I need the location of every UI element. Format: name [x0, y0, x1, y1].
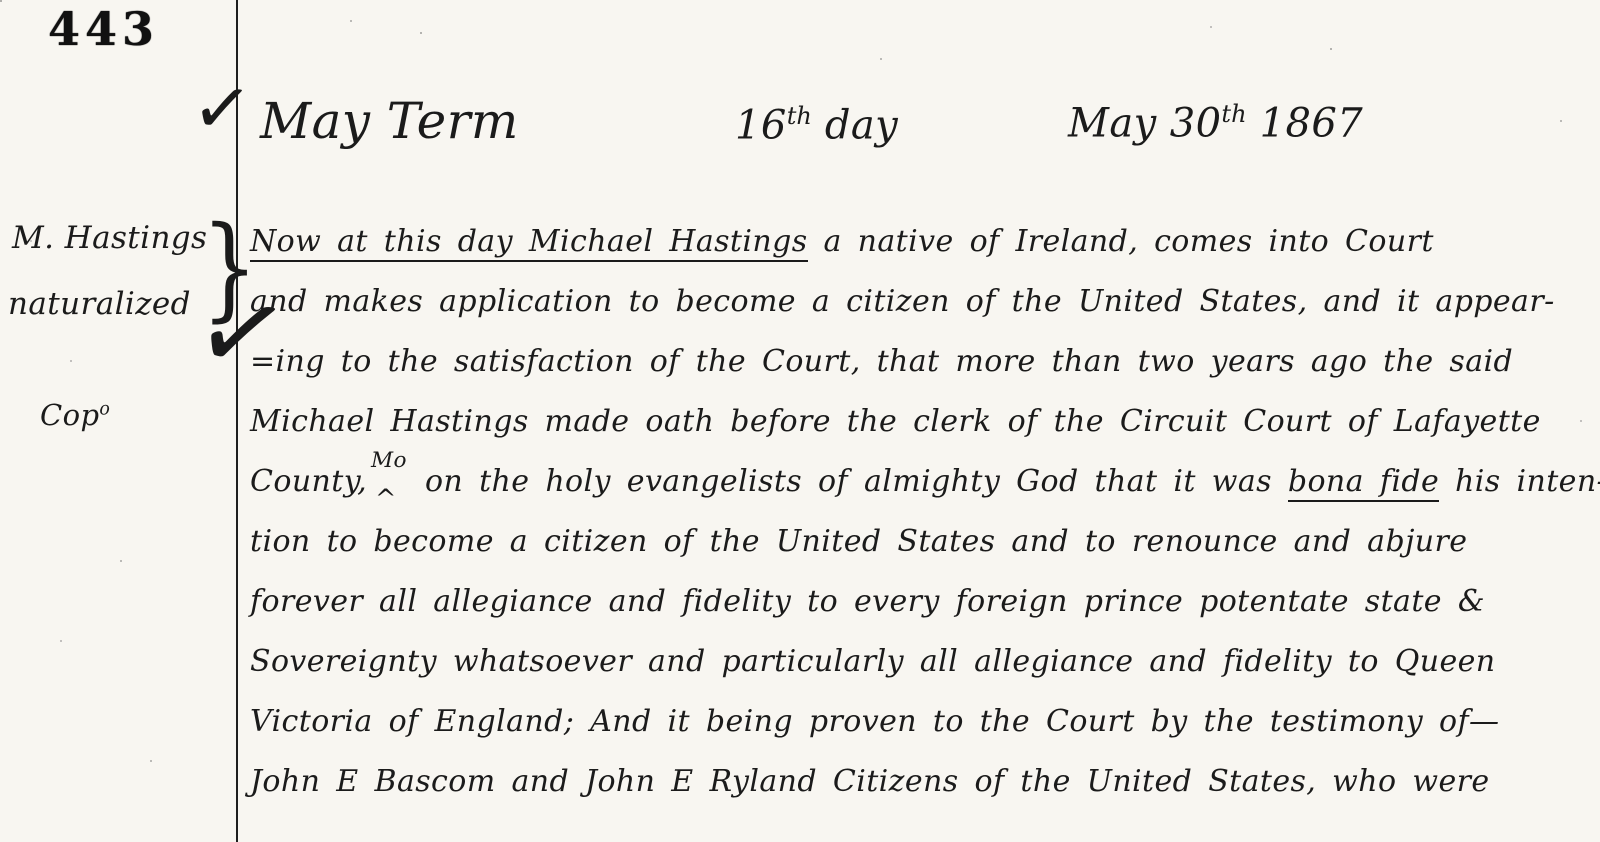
margin-case-name: M. Hastings [12, 220, 207, 256]
body-line: Sovereignty whatsoever and particularly … [250, 632, 1596, 692]
term-date-label: May 30th 1867 [1068, 100, 1363, 146]
body-text: Now at this day Michael Hastings a nativ… [250, 212, 1596, 812]
body-line: Michael Hastings made oath before the cl… [250, 392, 1596, 452]
check-icon: ✓ [188, 69, 256, 147]
scanned-ledger-page: 443 ✓ May Term 16th day May 30th 1867 M.… [0, 0, 1600, 842]
page-number: 443 [48, 2, 159, 56]
scan-speckles [0, 0, 2, 2]
body-line: County,Mo^ on the holy evangelists of al… [250, 452, 1596, 512]
body-line: John E Bascom and John E Ryland Citizens… [250, 752, 1596, 812]
body-line: Victoria of England; And it being proven… [250, 692, 1596, 752]
body-line: forever all allegiance and fidelity to e… [250, 572, 1596, 632]
inserted-text: Mo^ [367, 461, 409, 491]
term-day-label: 16th day [735, 102, 898, 148]
margin-case-status: naturalized [8, 286, 191, 322]
body-line: tion to become a citizen of the United S… [250, 512, 1596, 572]
clerk-abbreviation: Copo [40, 398, 110, 432]
body-line: Now at this day Michael Hastings a nativ… [250, 212, 1596, 272]
body-line: and makes application to become a citize… [250, 272, 1596, 332]
caret-mark: ^ [375, 469, 397, 529]
term-title: May Term [260, 92, 519, 150]
body-line: =ing to the satisfaction of the Court, t… [250, 332, 1596, 392]
